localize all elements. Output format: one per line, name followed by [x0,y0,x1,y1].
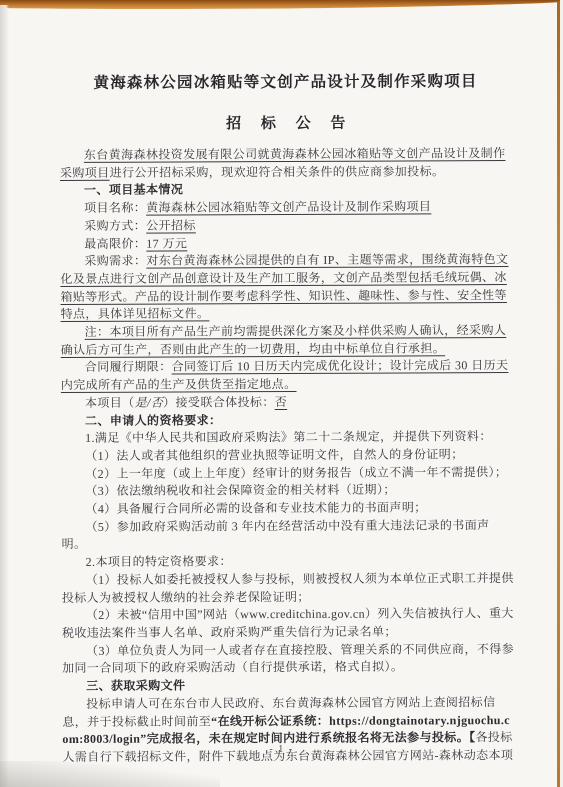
joint-bid-yes-no: 是/否 [135,395,164,409]
doc-subtitle: 招 标 公 告 [60,111,512,134]
page-number: - 1 - [0,744,563,755]
qualification-sub-2-3: （3）单位负责人为同一人或者存在直接控股、管理关系的不同供应商，不得参加同一合同… [62,641,514,678]
qualification-item-1: 1.满足《中华人民共和国政府采购法》第二十二条规定，并提供下列资料： [61,428,513,448]
scan-right-edge-line [557,1,560,787]
qualification-sub-1-1: （1）法人或者其他组织的营业执照等证明文件，自然人的身份证明； [61,446,513,466]
field-label: 项目名称： [84,201,146,215]
qualification-sub-1-2: （2）上一年度（或上上年度）经审计的财务报告（成立不满一年不需提供）； [61,464,513,484]
joint-bid-answer: 否 [275,395,287,409]
section3-heading: 三、获取采购文件 [62,676,514,696]
contract-term-label: 合同履行期限： [85,360,172,374]
intro-paragraph: 东台黄海森林投资发展有限公司就黄海森林公园冰箱贴等文创产品设计及制作采购项目进行… [60,145,512,182]
scanned-document-page: 黄海森林公园冰箱贴等文创产品设计及制作采购项目 招 标 公 告 东台黄海森林投资… [0,0,563,787]
section1-heading: 一、项目基本情况 [60,180,512,200]
field-label: 采购需求： [84,254,146,268]
note-paragraph: 注：本项目所有产品生产前均需提供深化方案及小样供采购人确认，经采购人确认后方可生… [61,322,513,359]
qualification-item-2: 2.本项目的特定资格要求： [62,552,514,572]
field-value: 17 万元 [146,236,187,250]
qualification-sub-2-2: （2）未被“信用中国”网站（www.creditchina.gov.cn）列入失… [62,605,514,642]
field-project-name: 项目名称：黄海森林公园冰箱贴等文创产品设计及制作采购项目 [60,198,512,218]
qualification-sub-1-5: （5）参加政府采购活动前 3 年内在经营活动中没有重大违法记录的书面声明。 [61,517,513,554]
joint-bid-prefix: 本项目（ [85,396,135,410]
contract-term-paragraph: 合同履行期限：合同签订后 10 日历天内完成优化设计；设计完成后 30 日历天内… [61,357,513,394]
intro-rest-text: 进行公开招标采购，现欢迎符合相关条件的供应商参加投标。 [110,164,445,179]
doc-title: 黄海森林公园冰箱贴等文创产品设计及制作采购项目 [59,69,511,93]
scan-left-edge-shadow [0,5,9,787]
joint-bid-mid: ）接受联合体投标： [163,395,275,409]
qualification-sub-2-1: （1）投标人如委托被授权人参与投标，则被授权人须为本单位正式职工并提供投标人为被… [62,570,514,607]
field-procurement-method: 采购方式：公开招标 [60,216,512,236]
section2-heading: 二、申请人的资格要求： [61,411,513,431]
qualification-sub-1-4: （4）具备履行合同所必需的设备和专业技术能力的书面声明； [61,499,513,519]
document-body: 黄海森林公园冰箱贴等文创产品设计及制作采购项目 招 标 公 告 东台黄海森林投资… [59,63,514,767]
qualification-sub-1-3: （3）依法缴纳税收和社会保障资金的相关材料（近期）； [61,481,513,501]
field-label: 最高限价： [84,236,146,250]
joint-bid-line: 本项目（是/否）接受联合体投标：否 [61,393,513,413]
field-value: 公开招标 [146,218,196,232]
scan-top-edge-band [0,0,563,12]
field-value: 黄海森林公园冰箱贴等文创产品设计及制作采购项目 [146,199,431,214]
field-requirements: 采购需求：对东台黄海森林公园提供的自有 IP、主题等需求，围绕黄海特色文化及景点… [60,251,512,324]
field-label: 采购方式： [84,218,146,232]
note-underlined-text: 注：本项目所有产品生产前均需提供深化方案及小样供采购人确认，经采购人确认后方可生… [61,323,507,357]
field-price-cap: 最高限价：17 万元 [60,234,512,254]
obtain-docs-paragraph: 投标申请人可在东台市人民政府、东台黄海森林公园官方网站上查阅招标信息，并于投标截… [62,694,514,767]
